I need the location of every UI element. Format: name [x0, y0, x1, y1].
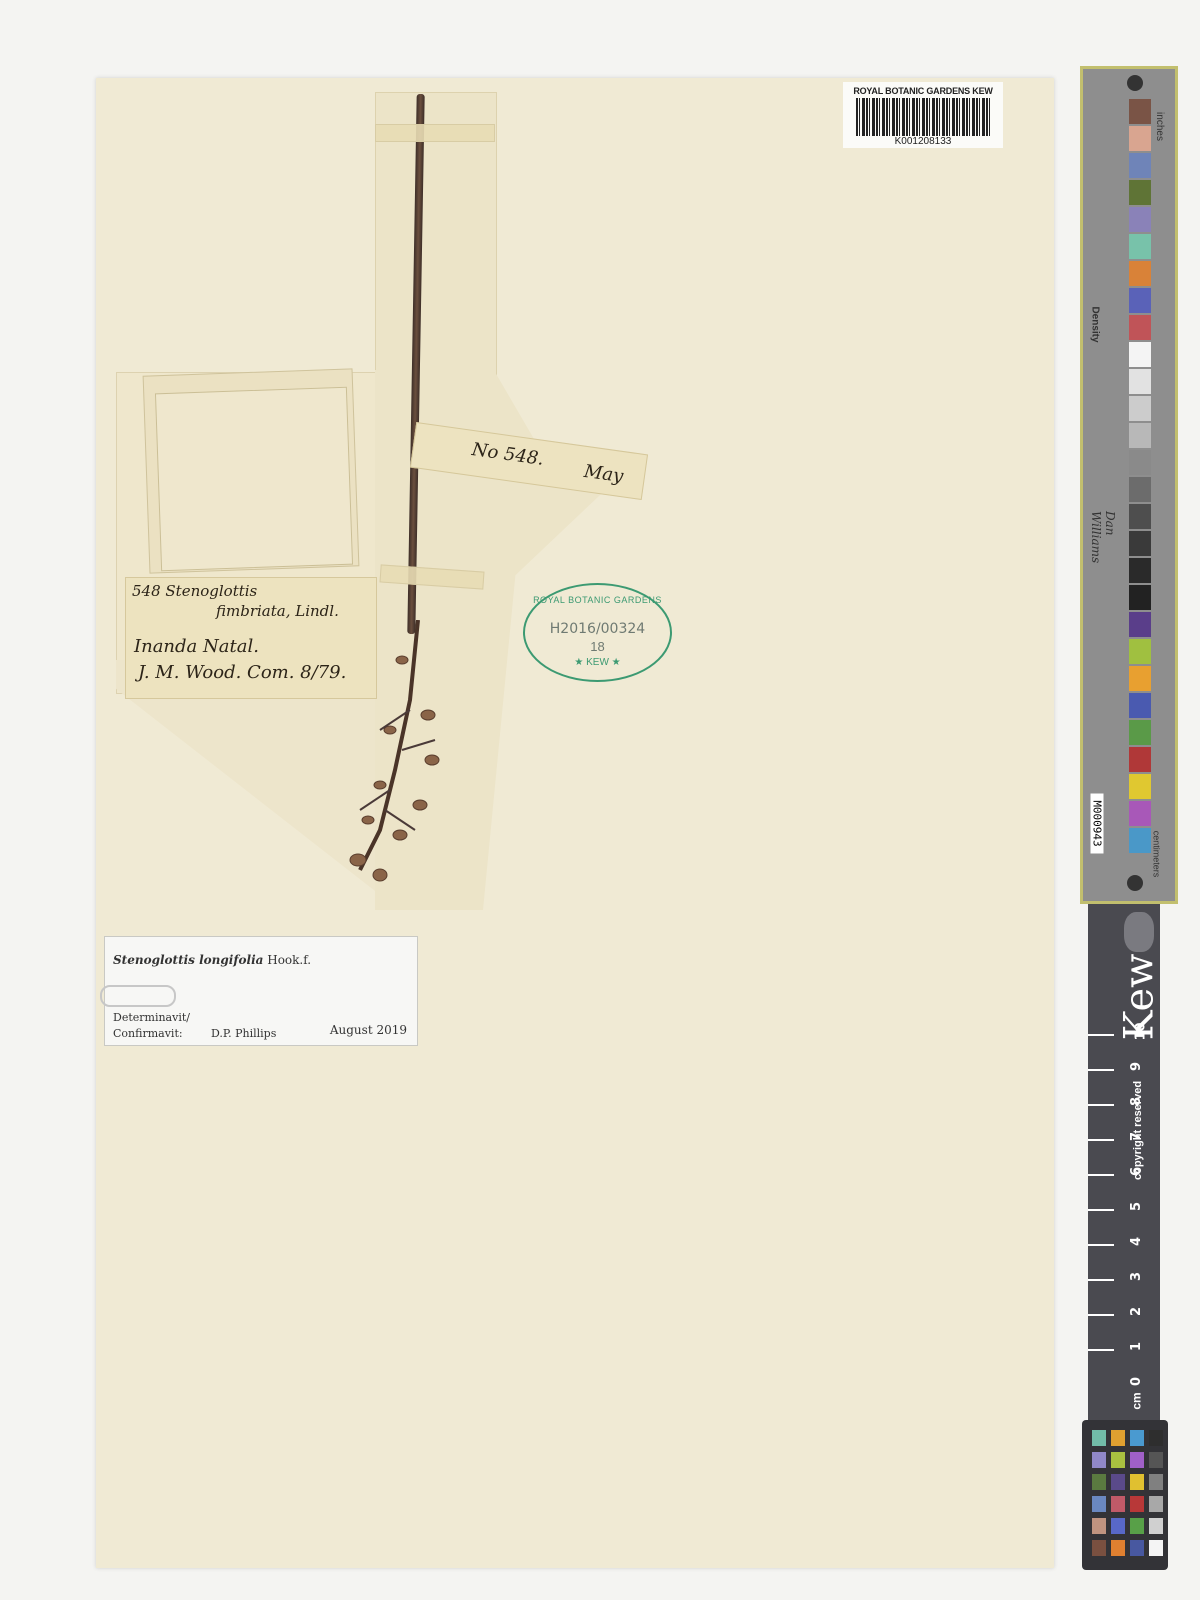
scale-tick-label: 1 [1129, 1342, 1144, 1351]
checker-swatch [1130, 1452, 1144, 1468]
label-line-4: J. M. Wood. Com. 8/79. [138, 662, 346, 683]
color-swatch [1129, 585, 1151, 610]
color-swatch [1129, 720, 1151, 745]
checker-swatch [1111, 1474, 1125, 1490]
label-line-1: 548 Stenoglottis [132, 582, 257, 600]
barcode-number: K001208133 [843, 136, 1003, 147]
color-calibration-bar: M000943 Dan Williams inches centimeters … [1080, 66, 1178, 904]
scale-tick-label: 10 [1134, 1022, 1149, 1040]
density-label: Density [1090, 306, 1101, 342]
checker-swatch [1092, 1430, 1106, 1446]
stamp-institution: ROYAL BOTANIC GARDENS [525, 595, 670, 605]
scale-tick-label: 5 [1129, 1202, 1144, 1211]
color-swatch [1129, 99, 1151, 124]
collection-month: May [583, 461, 625, 487]
determination-date: August 2019 [330, 1023, 407, 1037]
herbarium-sheet [96, 78, 1054, 1568]
kew-scale-bar: Kew copyright reserved cm 012345678910 [1088, 904, 1160, 1420]
checker-swatch [1149, 1452, 1163, 1468]
checker-swatch [1149, 1518, 1163, 1534]
scale-tick-label: 4 [1129, 1237, 1144, 1246]
color-swatches [1129, 99, 1153, 855]
checker-swatch [1130, 1430, 1144, 1446]
color-swatch [1129, 450, 1151, 475]
kew-stamp: ROYAL BOTANIC GARDENS H2016/00324 18 ★ K… [523, 583, 672, 682]
color-swatch [1129, 747, 1151, 772]
scale-tick-label: 2 [1129, 1307, 1144, 1316]
stamp-kew: ★ KEW ★ [525, 657, 670, 668]
color-swatch [1129, 774, 1151, 799]
color-swatch [1129, 396, 1151, 421]
color-swatch [1129, 180, 1151, 205]
checker-swatch [1092, 1474, 1106, 1490]
taxon-binomial: Stenoglottis longifolia [113, 953, 263, 967]
color-swatch [1129, 801, 1151, 826]
determiner-name: D.P. Phillips [211, 1027, 276, 1040]
fragment-envelope-inner [155, 387, 353, 572]
scale-tick-label: 7 [1129, 1132, 1144, 1141]
color-swatch [1129, 126, 1151, 151]
registration-dot-top [1127, 75, 1143, 91]
color-swatch [1129, 342, 1151, 367]
barcode-label: ROYAL BOTANIC GARDENS KEW K001208133 [843, 82, 1003, 148]
color-swatch [1129, 423, 1151, 448]
scale-tick-label: 6 [1129, 1167, 1144, 1176]
color-swatch [1129, 666, 1151, 691]
checker-swatch [1149, 1496, 1163, 1512]
determinavit-label: Determinavit/ [113, 1011, 190, 1024]
checker-swatch [1111, 1452, 1125, 1468]
checker-swatch [1111, 1540, 1125, 1556]
barcode [856, 98, 990, 136]
checker-swatch [1092, 1452, 1106, 1468]
checker-swatch [1111, 1518, 1125, 1534]
scale-ruler [1088, 1034, 1114, 1384]
checker-swatch [1149, 1430, 1163, 1446]
confirmavit-label: Confirmavit: [113, 1027, 183, 1040]
checker-swatch [1092, 1540, 1106, 1556]
color-swatch [1129, 504, 1151, 529]
color-swatch [1129, 369, 1151, 394]
color-swatch [1129, 693, 1151, 718]
stamp-subnumber: 18 [525, 639, 670, 654]
checker-swatch [1130, 1496, 1144, 1512]
scale-tick-label: 0 [1129, 1377, 1144, 1386]
color-swatch [1129, 261, 1151, 286]
scale-tick-label: 8 [1129, 1097, 1144, 1106]
checker-swatch [1130, 1474, 1144, 1490]
color-swatch [1129, 477, 1151, 502]
collection-number: No 548. [471, 439, 546, 470]
brand-name: Dan Williams [1089, 511, 1117, 591]
collector-label: 548 Stenoglottis fimbriata, Lindl. Inand… [125, 577, 377, 699]
checker-swatch [1092, 1496, 1106, 1512]
paperclip-icon [100, 985, 176, 1007]
color-swatch [1129, 153, 1151, 178]
color-swatch [1129, 639, 1151, 664]
checker-swatch [1149, 1474, 1163, 1490]
scale-tick-label: 3 [1129, 1272, 1144, 1281]
color-checker [1082, 1420, 1168, 1570]
color-swatch [1129, 207, 1151, 232]
taxon-author: Hook.f. [267, 953, 311, 967]
scale-tick-label: 9 [1129, 1062, 1144, 1071]
label-line-2: fimbriata, Lindl. [216, 602, 339, 620]
color-swatch [1129, 234, 1151, 259]
serial-number: M000943 [1091, 794, 1104, 854]
color-swatch [1129, 558, 1151, 583]
institution-name: ROYAL BOTANIC GARDENS KEW [843, 86, 1003, 96]
units-centimeters: centimeters [1151, 831, 1161, 878]
checker-swatch [1111, 1496, 1125, 1512]
registration-dot-bottom [1127, 875, 1143, 891]
checker-swatch [1111, 1430, 1125, 1446]
color-swatch [1129, 531, 1151, 556]
units-inches: inches [1154, 112, 1165, 141]
taxon-name: Stenoglottis longifolia Hook.f. [113, 953, 311, 967]
mounting-tape-top [375, 124, 495, 142]
color-swatch [1129, 828, 1151, 853]
checker-swatch [1130, 1540, 1144, 1556]
label-line-3: Inanda Natal. [134, 636, 259, 657]
color-swatch [1129, 315, 1151, 340]
checker-swatch [1149, 1540, 1163, 1556]
color-swatch [1129, 612, 1151, 637]
checker-swatch [1092, 1518, 1106, 1534]
checker-swatch [1130, 1518, 1144, 1534]
color-swatch [1129, 288, 1151, 313]
stamp-accession: H2016/00324 [525, 621, 670, 637]
